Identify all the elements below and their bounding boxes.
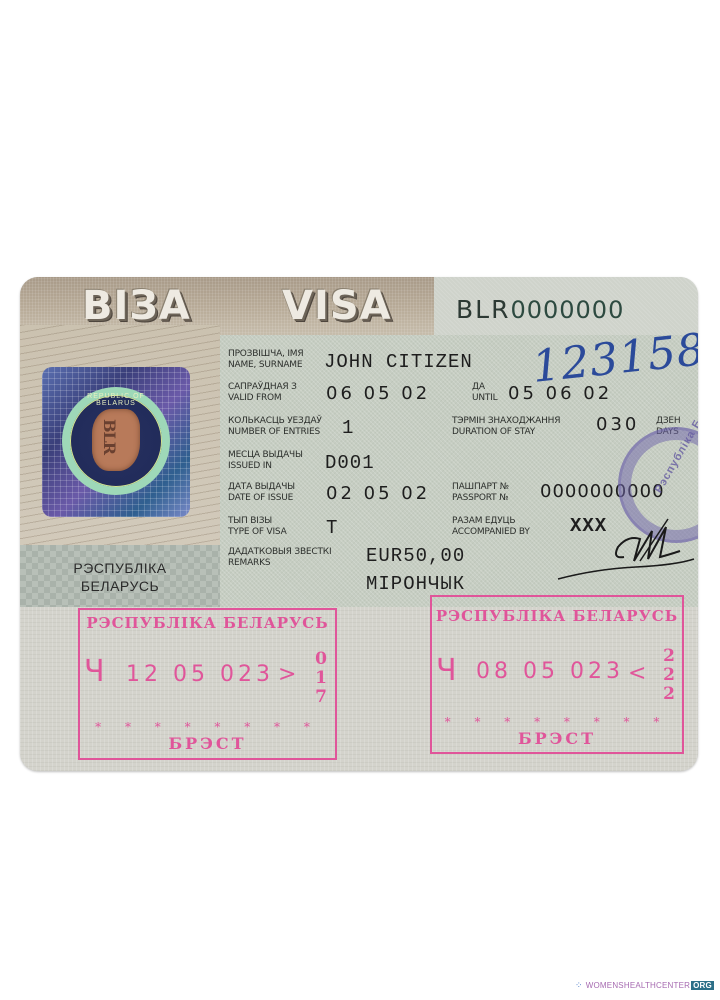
stamp-direction: Ч [436,653,457,688]
valid-from-label: САПРАЎДНАЯ З VALID FROM [228,382,297,404]
entries-value: 1 [342,417,354,439]
watermark: ⁘WOMENSHEALTHCENTERORG [575,980,714,991]
stamp-arrow: > [278,662,300,687]
stamp-city: БРЭСТ [80,734,335,753]
passport-label: ПАШПАРТ № PASSPORT № [452,482,509,504]
valid-from-label-by: САПРАЎДНАЯ З [228,382,297,393]
watermark-tld: ORG [691,981,714,990]
duration-label-by: ТЭРМІН ЗНАХОДЖАННЯ [452,416,560,427]
stamp-side-digit: 2 [662,666,676,685]
stamp-arrow: < [628,661,650,686]
exit-stamp: РЭСПУБЛІКА БЕЛАРУСЬ Ч 08 05 023 < 2 2 2 … [430,595,684,754]
country-line-1: РЭСПУБЛІКА [20,559,220,577]
stamp-date: 08 05 023 [476,659,624,684]
serial-number: 0000000 [510,296,624,324]
country-line-2: БЕЛАРУСЬ [20,577,220,595]
remarks-label-by: ДАДАТКОВЫЯ ЗВЕСТКІ [228,547,331,558]
entries-label-by: КОЛЬКАСЦЬ УЕЗДАЎ [228,416,322,427]
issued-in-value: D001 [325,452,375,474]
accompanied-label-en: ACCOMPANIED BY [452,527,530,538]
remarks-label: ДАДАТКОВЫЯ ЗВЕСТКІ REMARKS [228,547,331,569]
stamp-stars: * * * * * * * * [80,720,335,734]
stamp-date: 12 05 023 [126,662,274,687]
remarks-value-2: МІРОНЧЫК [366,573,465,595]
name-label-en: NAME, SURNAME [228,360,303,371]
remarks-value: EUR50,00 [366,545,465,567]
stamp-side-digit: 0 [314,650,328,669]
hologram-ring-text: REPUBLIC OF BELARUS [70,393,162,407]
stamp-city: БРЭСТ [432,729,682,748]
hologram: REPUBLIC OF BELARUS BLR [42,367,190,517]
until-label: ДА UNTIL [472,382,498,404]
duration-unit-by: ДЗЕН [656,416,680,427]
hologram-ring: REPUBLIC OF BELARUS BLR [62,387,170,495]
date-of-issue-label-by: ДАТА ВЫДАЧЫ [228,482,295,493]
visa-title-english: VISA [282,283,392,329]
stamp-side-digit: 1 [314,669,328,688]
duration-label: ТЭРМІН ЗНАХОДЖАННЯ DURATION OF STAY [452,416,560,438]
duration-label-en: DURATION OF STAY [452,427,560,438]
stamp-stars: * * * * * * * * [432,715,682,729]
type-label-by: ТЫП ВІЗЫ [228,516,287,527]
valid-from-label-en: VALID FROM [228,393,297,404]
stamp-side-code: 2 2 2 [662,647,676,704]
issued-in-label: МЕСЦА ВЫДАЧЫ ISSUED IN [228,450,303,472]
stamp-side-digit: 7 [314,688,328,707]
type-value: T [326,517,338,539]
signature-icon [556,517,696,587]
valid-from-value: 06 05 02 [326,383,430,404]
accompanied-label-by: РАЗАМ ЕДУЦЬ [452,516,530,527]
entries-label-en: NUMBER OF ENTRIES [228,427,322,438]
serial-prefix: BLR [456,295,510,324]
visa-card: ВІЗА VISA BLR0000000 123158 REPUBLIC OF … [20,277,698,771]
entry-stamp: РЭСПУБЛІКА БЕЛАРУСЬ Ч 12 05 023 > 0 1 7 … [78,608,337,760]
issued-in-label-en: ISSUED IN [228,461,303,472]
seal-text: Рэспубліка Б [653,417,698,495]
name-value: JOHN CITIZEN [324,351,473,373]
stamp-direction: Ч [84,654,105,689]
until-value: 05 06 02 [508,383,612,404]
hologram-code: BLR [100,419,119,454]
stamp-side-code: 0 1 7 [314,650,328,707]
passport-label-en: PASSPORT № [452,493,509,504]
dots-logo-icon: ⁘ [575,980,583,990]
remarks-label-en: REMARKS [228,558,331,569]
stamp-side-digit: 2 [662,647,676,666]
until-label-by: ДА [472,382,498,393]
duration-value: 030 [596,414,639,435]
stamp-side-digit: 2 [662,685,676,704]
accompanied-label: РАЗАМ ЕДУЦЬ ACCOMPANIED BY [452,516,530,538]
country-name: РЭСПУБЛІКА БЕЛАРУСЬ [20,559,220,595]
visa-title-belarusian: ВІЗА [82,283,191,329]
stamp-header: РЭСПУБЛІКА БЕЛАРУСЬ [432,607,682,625]
name-label: ПРОЗВІШЧА, ІМЯ NAME, SURNAME [228,349,303,371]
name-label-by: ПРОЗВІШЧА, ІМЯ [228,349,303,360]
type-label: ТЫП ВІЗЫ TYPE OF VISA [228,516,287,538]
type-label-en: TYPE OF VISA [228,527,287,538]
until-label-en: UNTIL [472,393,498,404]
passport-label-by: ПАШПАРТ № [452,482,509,493]
date-of-issue-label-en: DATE OF ISSUE [228,493,295,504]
watermark-name: WOMENSHEALTHCENTER [586,981,690,990]
date-of-issue-label: ДАТА ВЫДАЧЫ DATE OF ISSUE [228,482,295,504]
issued-in-label-by: МЕСЦА ВЫДАЧЫ [228,450,303,461]
date-of-issue-value: 02 05 02 [326,483,430,504]
entries-label: КОЛЬКАСЦЬ УЕЗДАЎ NUMBER OF ENTRIES [228,416,322,438]
visa-serial: BLR0000000 [456,295,624,324]
stamp-header: РЭСПУБЛІКА БЕЛАРУСЬ [80,614,335,632]
